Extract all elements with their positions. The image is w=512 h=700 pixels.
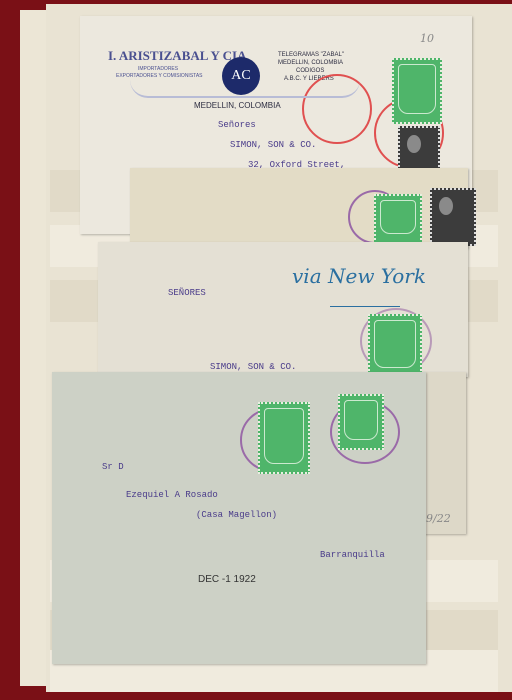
airmail-stamp bbox=[392, 58, 442, 124]
letterhead-city: MEDELLIN, COLOMBIA bbox=[194, 101, 281, 110]
address-line: SIMON, SON & CO. bbox=[230, 140, 316, 150]
codes-label: CODIGOS bbox=[296, 68, 324, 74]
telegrams: TELEGRAMAS "ZABAL" bbox=[278, 52, 344, 58]
address-line: Sr D bbox=[102, 462, 124, 472]
telegrams-city: MEDELLIN, COLOMBIA bbox=[278, 60, 343, 66]
page-edge bbox=[32, 10, 47, 686]
airmail-stamp bbox=[374, 194, 422, 244]
company-name: I. ARISTIZABAL Y CIA bbox=[108, 48, 246, 64]
address-line: Ezequiel A Rosado bbox=[126, 490, 218, 500]
cover-edge: 9/22 bbox=[420, 372, 466, 534]
address-line: Barranquilla bbox=[320, 550, 385, 560]
portrait-stamp bbox=[430, 188, 476, 246]
cover-via-new-york: SEÑORES SIMON, SON & CO. via New York bbox=[98, 242, 468, 377]
letterhead-flourish bbox=[130, 80, 360, 98]
date-stamp: DEC -1 1922 bbox=[198, 574, 256, 585]
address-line: SEÑORES bbox=[168, 288, 206, 298]
cover-bogota bbox=[130, 168, 468, 248]
company-line2: EXPORTADORES Y COMISIONISTAS bbox=[116, 73, 203, 79]
address-line: (Casa Magellon) bbox=[196, 510, 277, 520]
airmail-stamp bbox=[258, 402, 310, 474]
underline bbox=[330, 306, 400, 307]
company-line1: IMPORTADORES bbox=[138, 66, 178, 72]
cover-barranquilla: Sr D Ezequiel A Rosado (Casa Magellon) B… bbox=[52, 372, 426, 664]
provisional-stamp bbox=[338, 394, 384, 450]
handwritten-routing: via New York bbox=[292, 264, 426, 288]
address-line: SIMON, SON & CO. bbox=[210, 362, 296, 372]
pencil-note: 10 bbox=[420, 32, 434, 45]
pencil-note: 9/22 bbox=[426, 512, 451, 525]
airmail-stamp bbox=[368, 314, 422, 378]
address-line: Señores bbox=[218, 120, 256, 130]
